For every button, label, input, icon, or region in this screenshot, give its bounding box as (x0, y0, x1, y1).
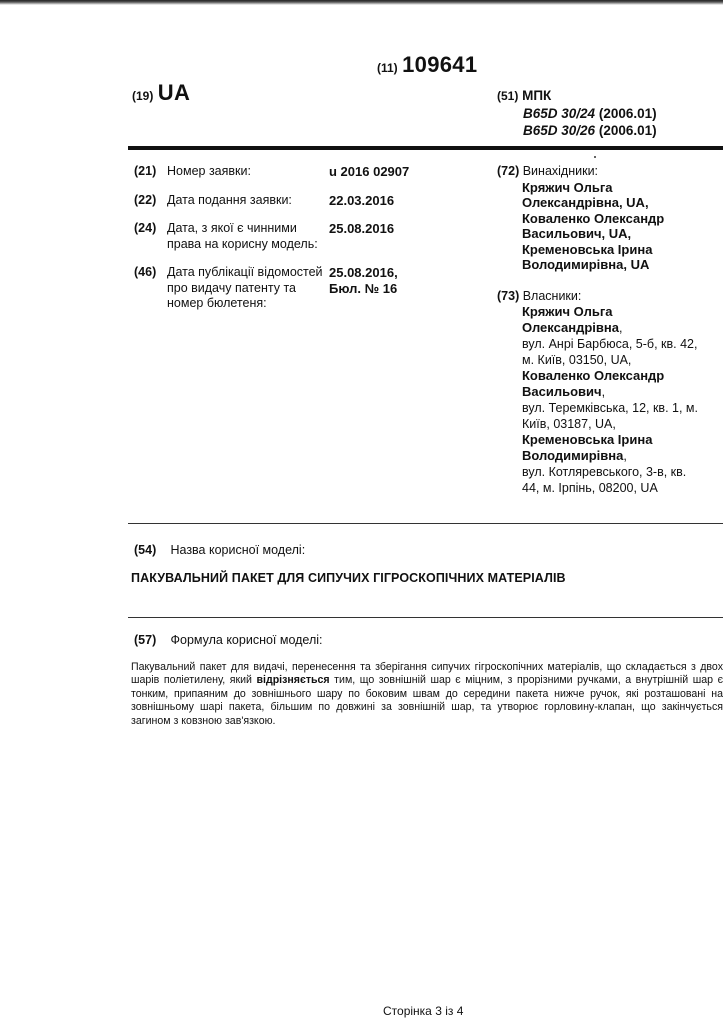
bibliographic-data: (21) Номер заявки: u 2016 02907 (22) Дат… (134, 164, 494, 325)
ipc-version: (2006.01) (599, 123, 657, 138)
page-number: Сторінка 3 із 4 (383, 1004, 463, 1018)
ipc-label: МПК (522, 88, 551, 103)
biblio-row-24: (24) Дата, з якої є чинними права на кор… (134, 221, 494, 252)
publication-number-value: 109641 (402, 52, 477, 77)
ipc-version: (2006.01) (599, 106, 657, 121)
inventor-line: Володимирівна, UA (522, 257, 723, 273)
inventors-label: Винахідники: (523, 164, 598, 178)
header-divider (128, 146, 723, 150)
owners-label: Власники: (523, 289, 582, 303)
section-divider (128, 523, 723, 524)
inventors-code: (72) (497, 164, 519, 178)
utility-model-name-heading: (54) Назва корисної моделі: (134, 543, 305, 557)
field-value: u 2016 02907 (329, 164, 409, 180)
field-code: (46) (134, 265, 167, 312)
inventors-block: (72) Винахідники: Кряжич Ольга Олександр… (497, 164, 723, 273)
inventor-line: Олександрівна, UA, (522, 195, 723, 211)
inventor-line: Коваленко Олександр (522, 211, 723, 227)
biblio-row-22: (22) Дата подання заявки: 22.03.2016 (134, 193, 494, 209)
owner-name-line: Коваленко Олександр (522, 368, 723, 384)
field-code: (24) (134, 221, 167, 252)
ipc-class: B65D 30/24 (523, 106, 595, 121)
ipc-block: (51) МПК B65D 30/24 (2006.01) B65D 30/26… (497, 87, 657, 139)
owner-name-line: Олександрівна (522, 320, 619, 335)
owner-name-line: Володимирівна (522, 448, 623, 463)
section-code: (57) (134, 633, 167, 647)
owner-name-line: Кряжич Ольга (522, 304, 723, 320)
field-label: Дата подання заявки: (167, 193, 329, 209)
owner-entry: Кременовська Ірина Володимирівна, вул. К… (522, 432, 723, 496)
inventors-list: Кряжич Ольга Олександрівна, UA, Коваленк… (497, 180, 723, 273)
field-code: (21) (134, 164, 167, 180)
country-value: UA (158, 80, 190, 105)
inventor-line: Кременовська Ірина (522, 242, 723, 258)
field-label: Дата публікації відомостей про видачу па… (167, 265, 329, 312)
ipc-class: B65D 30/26 (523, 123, 595, 138)
owner-name-line: Кременовська Ірина (522, 432, 723, 448)
owners-block: (73) Власники: Кряжич Ольга Олександрівн… (497, 288, 723, 496)
field-label: Номер заявки: (167, 164, 329, 180)
owner-name-line: Васильович (522, 384, 602, 399)
owner-entry: Коваленко Олександр Васильович, вул. Тер… (522, 368, 723, 432)
owner-address-line: Київ, 03187, UA, (522, 416, 723, 432)
claims-heading: (57) Формула корисної моделі: (134, 633, 323, 647)
claims-text: Пакувальний пакет для видачі, перенесенн… (131, 661, 723, 728)
owner-entry: Кряжич Ольга Олександрівна, вул. Анрі Ба… (522, 304, 723, 368)
section-code: (54) (134, 543, 167, 557)
section-label: Назва корисної моделі: (170, 543, 305, 557)
field-value: 25.08.2016, Бюл. № 16 (329, 265, 398, 312)
owner-address-line: 44, м. Ірпінь, 08200, UA (522, 480, 723, 496)
publication-number: (11) 109641 (377, 52, 477, 78)
claims-text-bold: відрізняється (257, 674, 330, 686)
inventor-line: Васильович, UA, (522, 226, 723, 242)
inventor-line: Кряжич Ольга (522, 180, 723, 196)
scan-top-edge (0, 0, 723, 5)
biblio-row-21: (21) Номер заявки: u 2016 02907 (134, 164, 494, 180)
owners-code: (73) (497, 289, 519, 303)
field-value: 25.08.2016 (329, 221, 394, 252)
ipc-class-row: B65D 30/24 (2006.01) (497, 105, 657, 122)
country-code: (19) (132, 89, 153, 103)
ipc-code: (51) (497, 89, 518, 103)
utility-model-title: ПАКУВАЛЬНИЙ ПАКЕТ ДЛЯ СИПУЧИХ ГІГРОСКОПІ… (131, 571, 566, 585)
biblio-row-46: (46) Дата публікації відомостей про вида… (134, 265, 494, 312)
field-code: (22) (134, 193, 167, 209)
owners-list: Кряжич Ольга Олександрівна, вул. Анрі Ба… (497, 304, 723, 496)
owner-address-line: вул. Анрі Барбюса, 5-б, кв. 42, (522, 336, 723, 352)
publication-number-code: (11) (377, 61, 398, 75)
owner-address-line: м. Київ, 03150, UA, (522, 352, 723, 368)
section-divider (128, 617, 723, 618)
owner-address-line: вул. Котляревського, 3-в, кв. (522, 464, 723, 480)
country-code-block: (19) UA (132, 80, 190, 106)
owner-address-line: вул. Теремківська, 12, кв. 1, м. (522, 400, 723, 416)
scan-speck (594, 156, 596, 158)
ipc-class-row: B65D 30/26 (2006.01) (497, 122, 657, 139)
field-value: 22.03.2016 (329, 193, 394, 209)
section-label: Формула корисної моделі: (170, 633, 322, 647)
field-label: Дата, з якої є чинними права на корисну … (167, 221, 329, 252)
